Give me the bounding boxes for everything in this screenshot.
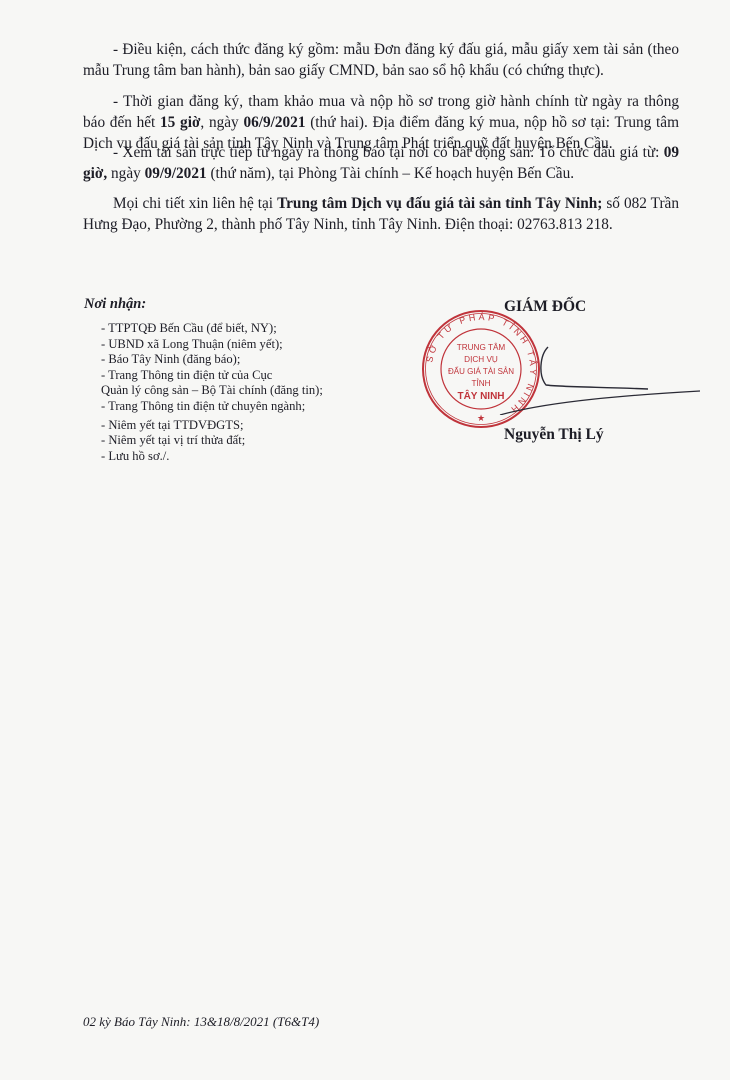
recipient-item: - Lưu hồ sơ./. [101,449,374,465]
paragraph-text: - Điều kiện, cách thức đăng ký gồm: mẫu … [83,39,679,81]
auction-date: 09/9/2021 [145,165,207,182]
recipient-item: - Trang Thông tin điện tử chuyên ngành; [101,399,374,415]
text-run: (thứ năm), tại Phòng Tài chính – Kế hoạc… [207,165,574,182]
recipient-item: - Trang Thông tin điện tử của Cục [101,368,374,384]
recipient-item: - UBND xã Long Thuận (niêm yết); [101,337,374,353]
recipient-item-continued: Quản lý công sản – Bộ Tài chính (đăng ti… [101,383,374,399]
handwritten-signature-icon [480,335,700,415]
paragraph-registration-conditions: - Điều kiện, cách thức đăng ký gồm: mẫu … [83,39,679,81]
paragraph-contact: Mọi chi tiết xin liên hệ tại Trung tâm D… [83,193,679,235]
paragraph-auction-time: - Xem tài sản trực tiếp từ ngày ra thông… [83,142,679,184]
recipients-block: Nơi nhận: - TTPTQĐ Bến Cầu (để biết, NY)… [84,296,374,464]
recipients-list: - TTPTQĐ Bến Cầu (để biết, NY); - UBND x… [84,321,374,464]
text-run: Mọi chi tiết xin liên hệ tại [113,195,277,212]
recipients-label: Nơi nhận: [84,296,374,313]
deadline-date: 06/9/2021 [243,114,305,131]
recipient-item: - Báo Tây Ninh (đăng báo); [101,352,374,368]
document-page: - Điều kiện, cách thức đăng ký gồm: mẫu … [0,0,730,1080]
signature-block: GIÁM ĐỐC SỞ TƯ PHÁP TỈNH TÂY NINH TRUNG … [420,280,680,460]
deadline-hour: 15 giờ [160,114,200,131]
text-run: ngày [107,165,144,182]
recipient-item: - Niêm yết tại vị trí thửa đất; [101,433,374,449]
publication-note: 02 kỳ Báo Tây Ninh: 13&18/8/2021 (T6&T4) [83,1014,319,1030]
recipient-item: - Niêm yết tại TTDVĐGTS; [101,418,374,434]
paragraph-text: Mọi chi tiết xin liên hệ tại Trung tâm D… [83,193,679,235]
signer-name: Nguyễn Thị Lý [504,426,604,444]
text-run: , ngày [200,114,243,131]
organization-name: Trung tâm Dịch vụ đấu giá tài sản tỉnh T… [277,195,602,212]
recipient-item: - TTPTQĐ Bến Cầu (để biết, NY); [101,321,374,337]
paragraph-text: - Xem tài sản trực tiếp từ ngày ra thông… [83,142,679,184]
text-run: - Xem tài sản trực tiếp từ ngày ra thông… [113,144,664,161]
